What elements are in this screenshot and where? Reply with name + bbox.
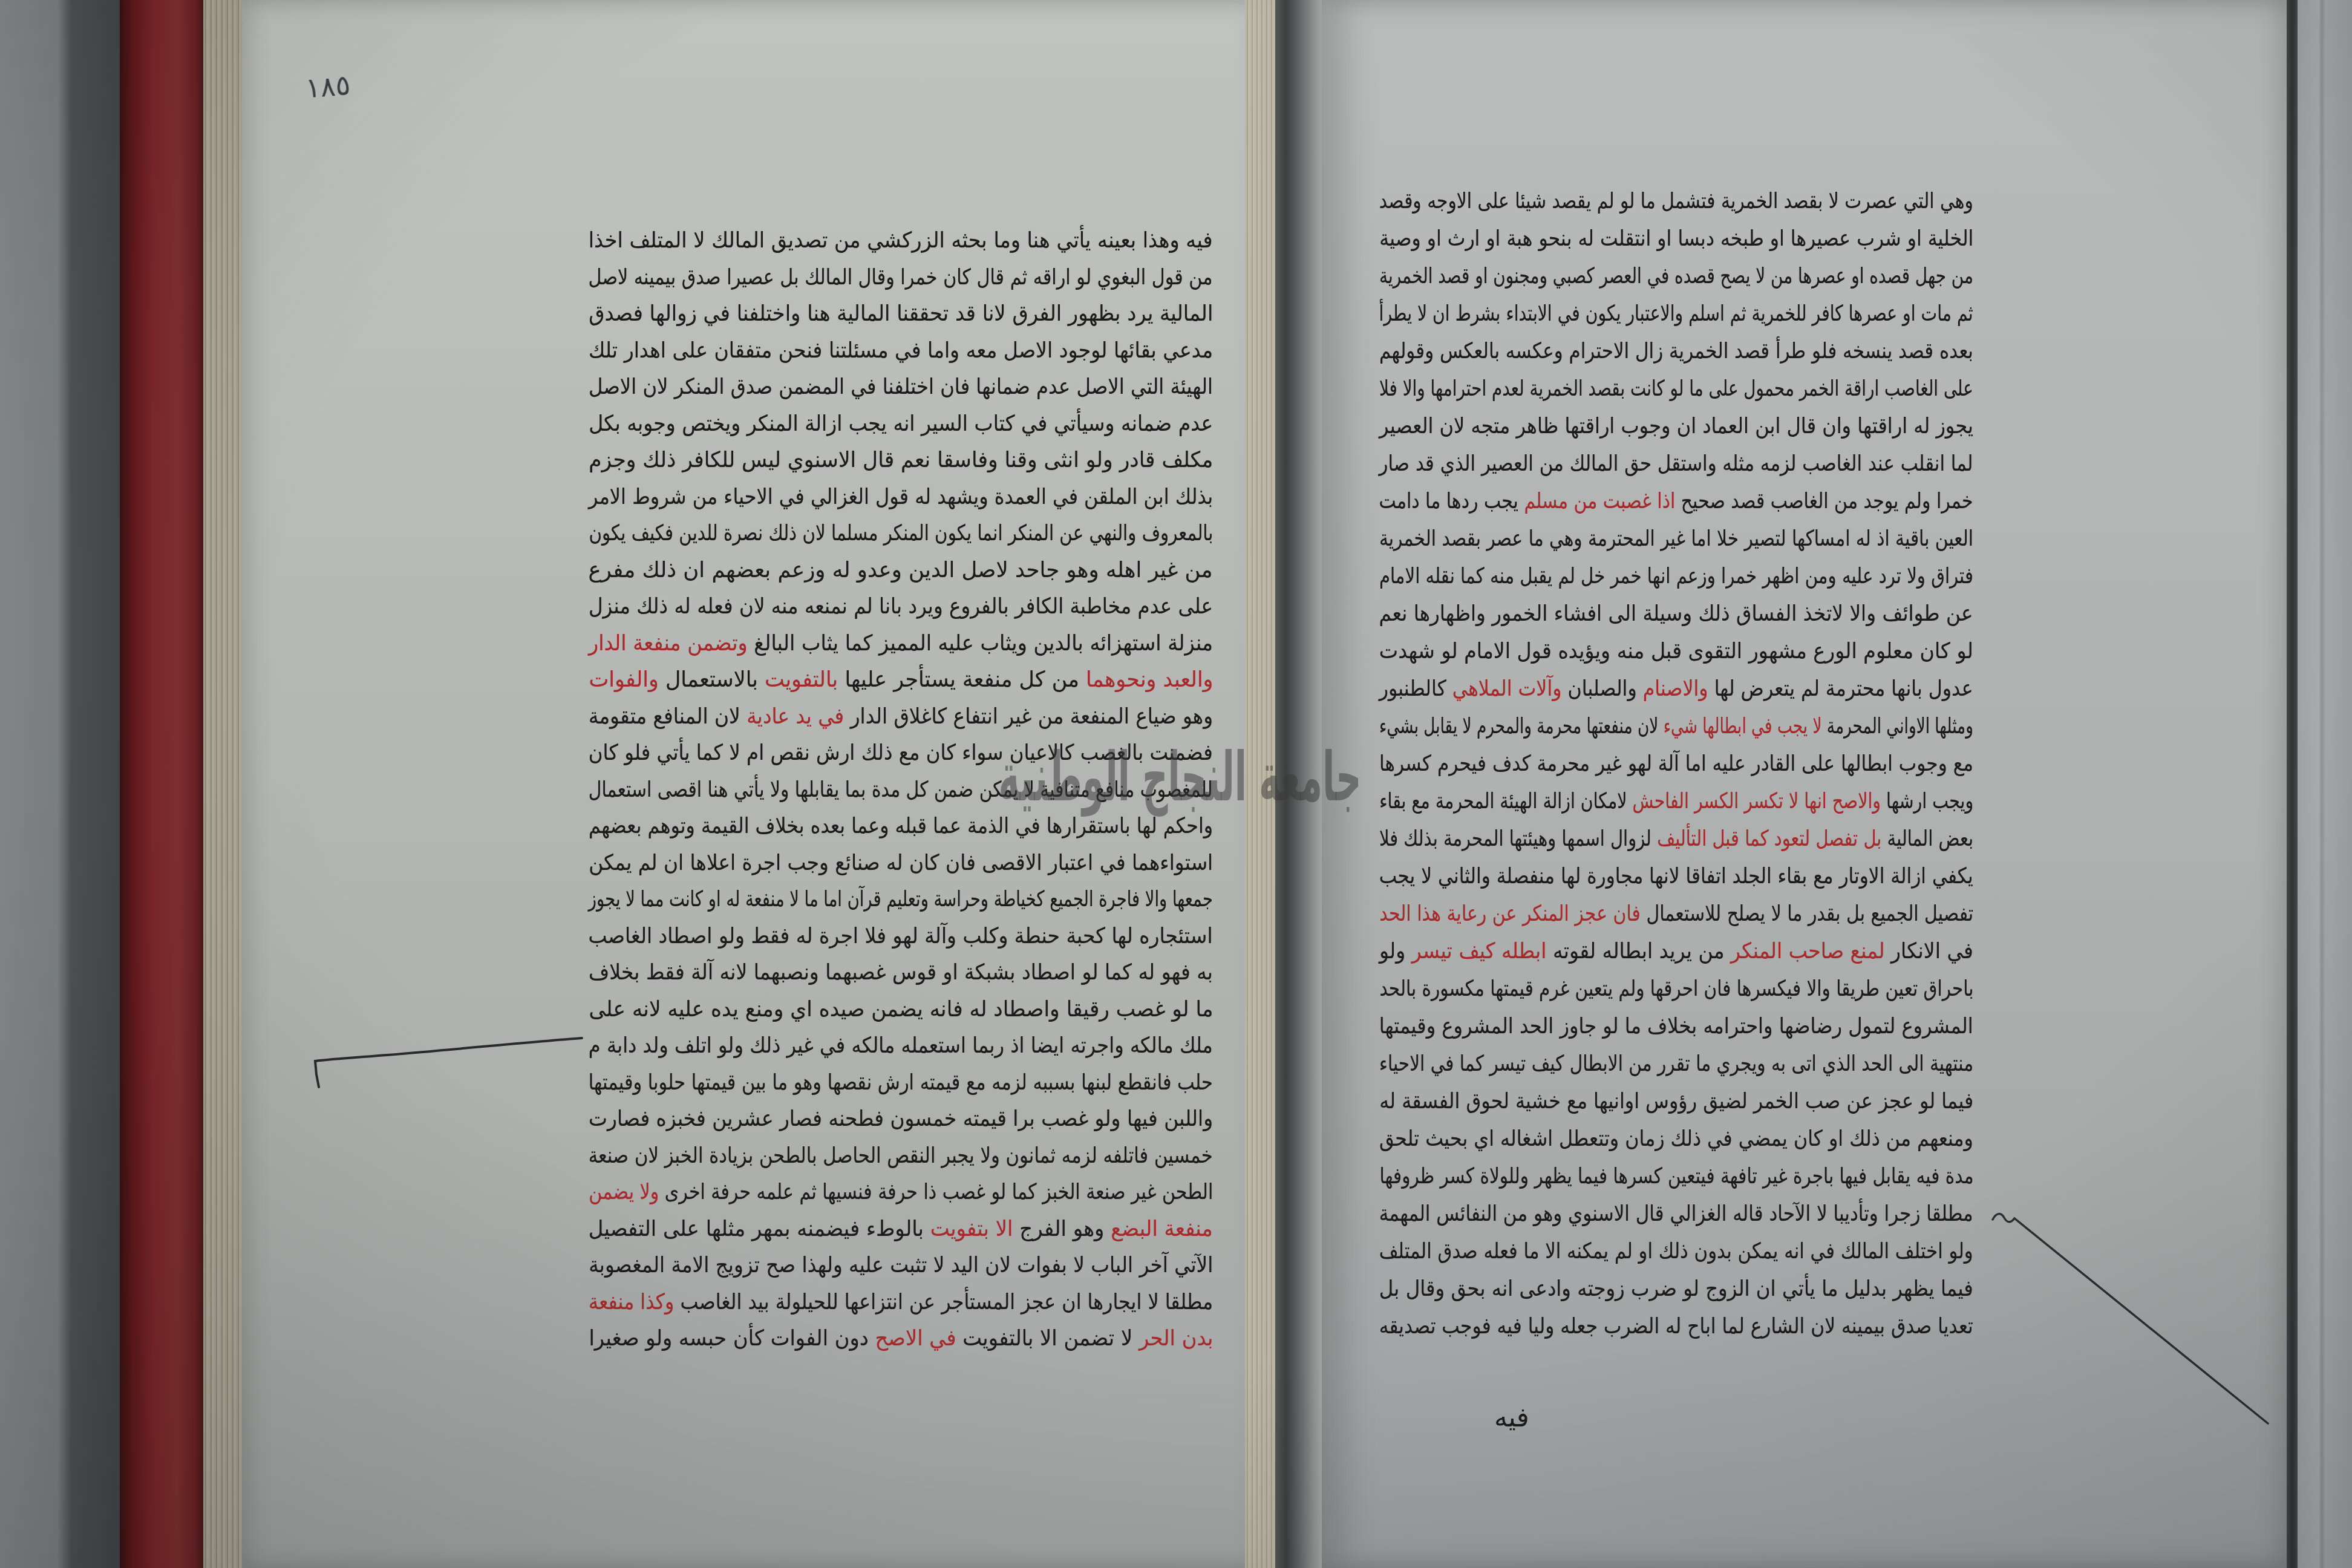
- marginal-pen-stroke-right: [1993, 1214, 2268, 1423]
- watermark-text: جامعة النجاح الوطنية: [998, 738, 1361, 817]
- watermark: جامعة النجاح الوطنية: [998, 738, 1361, 817]
- marginal-pen-stroke-left: [315, 1038, 582, 1087]
